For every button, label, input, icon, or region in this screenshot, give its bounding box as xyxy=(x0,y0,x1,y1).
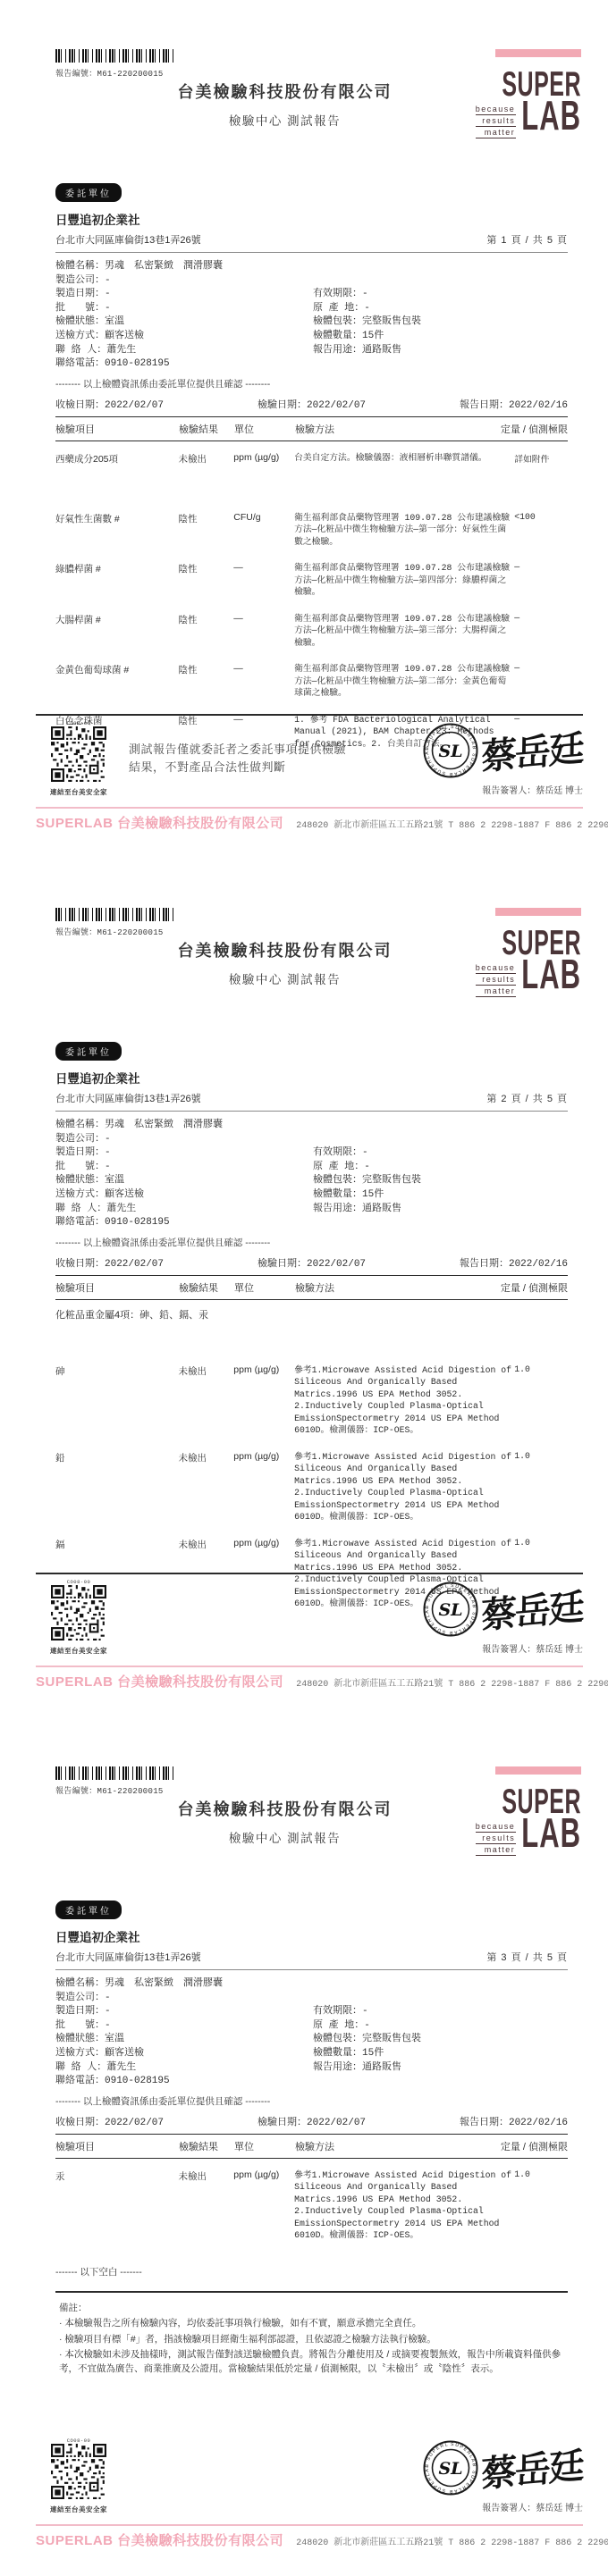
info-manufacturer: 製造公司：- xyxy=(55,1992,568,2006)
report-page-2: 報告編號：M61-220200015 台美檢驗科技股份有限公司 檢驗中心 測試報… xyxy=(0,859,608,1717)
info-quantity: 檢體數量：15件 xyxy=(313,2047,421,2061)
barcode xyxy=(55,49,173,63)
title-block: 台美檢驗科技股份有限公司 檢驗中心 測試報告 xyxy=(55,80,514,129)
logo-lab-text: LAB xyxy=(521,1809,581,1858)
cell-unit: ppm (µg/g) xyxy=(233,2169,294,2180)
lab-seal xyxy=(422,1581,479,1638)
qr-block: CO08-00 連結至台美安全家 xyxy=(36,1579,122,1656)
date-reported: 報告日期：2022/02/16 xyxy=(460,397,568,411)
page-header: 報告編號：M61-220200015 台美檢驗科技股份有限公司 檢驗中心 測試報… xyxy=(55,49,568,183)
info-delivery: 送檢方式：顧客送檢 xyxy=(55,330,568,344)
table-header: 檢驗項目 檢驗結果 單位 檢驗方法 定量 / 偵測極限 xyxy=(55,2134,568,2159)
tagline-results: results xyxy=(476,974,517,986)
cell-limit: 1.0 xyxy=(512,1538,568,1548)
footer-company: SUPERLAB 台美檢驗科技股份有限公司 xyxy=(36,813,283,832)
info-contact: 聯 絡 人：蕭先生 xyxy=(55,344,568,358)
date-tested: 檢驗日期：2022/02/07 xyxy=(258,2114,366,2128)
cell-result: 未檢出 xyxy=(179,1451,234,1464)
qr-code-label: CO08-00 xyxy=(36,720,122,726)
lab-seal xyxy=(422,722,479,779)
qr-code xyxy=(51,2444,106,2499)
client-badge: 委託單位 xyxy=(55,1042,122,1061)
info-purpose: 報告用途：通路販售 xyxy=(313,344,421,358)
cell-result: 未檢出 xyxy=(179,452,234,466)
blank-below-note: ------- 以下空白 ------- xyxy=(55,2265,568,2278)
sample-info: 檢體名稱：男魂 私密緊緻 潤滑膠囊 製造公司：- 製造日期：- 批 號：- 檢體… xyxy=(55,1119,568,1230)
table-row: 金黃色葡萄球菌 # 陰性 — 衛生福利部食品藥物管理署 109.07.28 公布… xyxy=(55,663,568,700)
superlab-logo: SUPER because results matter LAB xyxy=(481,49,581,140)
info-sample-name: 檢體名稱：男魂 私密緊緻 潤滑膠囊 xyxy=(55,1119,568,1133)
cell-item: 汞 xyxy=(55,2169,179,2183)
client-address: 台北市大同區庫倫街13巷1弄26號 xyxy=(55,1091,201,1105)
cell-method: 衛生福利部食品藥物管理署 109.07.28 公布建議檢驗方法—化粧品中微生物檢… xyxy=(294,613,512,650)
info-batch: 批 號：- xyxy=(55,2019,568,2034)
table-header: 檢驗項目 檢驗結果 單位 檢驗方法 定量 / 偵測極限 xyxy=(55,1275,568,1300)
remark-item: · 檢驗項目有標「#」者，指該檢驗項目經衛生福利部認證，且依認證之檢驗方法執行檢… xyxy=(55,2333,568,2347)
signer-line: 報告簽署人：蔡岳廷 博士 xyxy=(422,1641,583,1655)
barcode xyxy=(55,1766,173,1780)
cell-item: 金黃色葡萄球菌 # xyxy=(55,663,179,676)
qr-code xyxy=(51,726,106,782)
table-row: 好氣性生菌數 # 陰性 CFU/g 衛生福利部食品藥物管理署 109.07.28… xyxy=(55,512,568,549)
qr-block: CO08-00 連結至台美安全家 xyxy=(36,2438,122,2514)
signature-area: 蔡岳廷 報告簽署人：蔡岳廷 博士 xyxy=(422,2439,583,2513)
cell-unit: ppm (µg/g) xyxy=(233,1364,294,1375)
report-page-1: 報告編號：M61-220200015 台美檢驗科技股份有限公司 檢驗中心 測試報… xyxy=(0,0,608,859)
logo-tagline: because results matter xyxy=(476,962,517,997)
page-number: 第 1 頁 / 共 5 頁 xyxy=(486,232,568,247)
cell-item: 鉛 xyxy=(55,1451,179,1464)
report-subtitle: 檢驗中心 測試報告 xyxy=(55,969,514,987)
confirm-note: -------- 以上檢體資訊係由委託單位提供且確認 -------- xyxy=(55,377,568,390)
col-limit: 定量 / 偵測極限 xyxy=(501,422,568,436)
footer-address: 248020 新北市新莊區五工五路21號 T 886 2 2298-1887 F… xyxy=(296,1675,608,1690)
table-end-rule xyxy=(55,2291,568,2293)
cell-limit: 詳如附件 xyxy=(512,452,568,465)
title-block: 台美檢驗科技股份有限公司 檢驗中心 測試報告 xyxy=(55,1797,514,1846)
table-row: 西藥成分205項 未檢出 ppm (µg/g) 台美自定方法。檢驗儀器：液相層析… xyxy=(55,452,568,466)
cell-result: 陰性 xyxy=(179,562,234,575)
qr-code-label: CO08-00 xyxy=(36,2438,122,2444)
col-item: 檢驗項目 xyxy=(55,1280,179,1295)
cell-item: 砷 xyxy=(55,1364,179,1378)
qr-caption: 連結至台美安全家 xyxy=(36,2505,122,2514)
date-received: 收檢日期：2022/02/07 xyxy=(55,2114,164,2128)
date-reported: 報告日期：2022/02/16 xyxy=(460,1255,568,1270)
company-title: 台美檢驗科技股份有限公司 xyxy=(55,1797,514,1820)
info-quantity: 檢體數量：15件 xyxy=(313,330,421,344)
col-limit: 定量 / 偵測極限 xyxy=(501,1280,568,1295)
report-subtitle: 檢驗中心 測試報告 xyxy=(55,1828,514,1846)
table-row: 綠膿桿菌 # 陰性 — 衛生福利部食品藥物管理署 109.07.28 公布建議檢… xyxy=(55,562,568,599)
col-item: 檢驗項目 xyxy=(55,2139,179,2153)
cell-item: 大腸桿菌 # xyxy=(55,613,179,626)
lab-seal xyxy=(422,2439,479,2496)
footer-company: SUPERLAB 台美檢驗科技股份有限公司 xyxy=(36,2530,283,2549)
footer-disclaimer: 測試報告僅就委託者之委託事項提供檢驗結果，不對產品合法性做判斷 xyxy=(129,741,354,776)
cell-result: 陰性 xyxy=(179,663,234,676)
cell-unit: CFU/g xyxy=(233,512,294,523)
cell-limit: <100 xyxy=(512,512,568,522)
info-packaging: 檢體包裝：完整販售包裝 xyxy=(313,2033,421,2047)
cell-unit: — xyxy=(233,562,294,573)
client-name: 日豐追初企業社 xyxy=(55,1927,568,1945)
cell-result: 陰性 xyxy=(179,512,234,525)
company-title: 台美檢驗科技股份有限公司 xyxy=(55,80,514,103)
info-condition: 檢體狀態：室溫 xyxy=(55,315,568,330)
superlab-logo: SUPER because results matter LAB xyxy=(481,908,581,999)
logo-pink-bar xyxy=(495,908,581,916)
cell-result: 未檢出 xyxy=(179,1538,234,1551)
tagline-matter: matter xyxy=(476,986,517,997)
page-footer: CO08-00 連結至台美安全家 測試報告僅就委託者之委託事項提供檢驗結果，不對… xyxy=(36,714,583,832)
info-expiry: 有效期限：- xyxy=(313,2005,421,2019)
info-quantity: 檢體數量：15件 xyxy=(313,1188,421,1203)
cell-method: 台美自定方法。檢驗儀器：液相層析串聯質譜儀。 xyxy=(294,452,512,465)
date-received: 收檢日期：2022/02/07 xyxy=(55,1255,164,1270)
company-title: 台美檢驗科技股份有限公司 xyxy=(55,938,514,961)
date-tested: 檢驗日期：2022/02/07 xyxy=(258,1255,366,1270)
logo-lab-text: LAB xyxy=(521,92,581,140)
client-badge: 委託單位 xyxy=(55,1901,122,1919)
cell-limit: — xyxy=(512,562,568,572)
col-item: 檢驗項目 xyxy=(55,422,179,436)
cell-limit: — xyxy=(512,663,568,673)
footer-company: SUPERLAB 台美檢驗科技股份有限公司 xyxy=(36,1672,283,1691)
signer-line: 報告簽署人：蔡岳廷 博士 xyxy=(422,783,583,796)
logo-lab-text: LAB xyxy=(521,951,581,999)
info-delivery: 送檢方式：顧客送檢 xyxy=(55,1188,568,1203)
table-header: 檢驗項目 檢驗結果 單位 檢驗方法 定量 / 偵測極限 xyxy=(55,416,568,441)
tagline-matter: matter xyxy=(476,1844,517,1856)
dates-row: 收檢日期：2022/02/07 檢驗日期：2022/02/07 報告日期：202… xyxy=(55,2114,568,2128)
info-manufacturer: 製造公司：- xyxy=(55,1133,568,1147)
cell-unit: — xyxy=(233,613,294,624)
superlab-logo: SUPER because results matter LAB xyxy=(481,1766,581,1858)
cell-result: 未檢出 xyxy=(179,1364,234,1378)
cell-limit: 1.0 xyxy=(512,1451,568,1461)
confirm-note: -------- 以上檢體資訊係由委託單位提供且確認 -------- xyxy=(55,1236,568,1249)
table-row: 砷 未檢出 ppm (µg/g) 參考1.Microwave Assisted … xyxy=(55,1364,568,1437)
cell-unit: ppm (µg/g) xyxy=(233,1538,294,1548)
col-unit: 單位 xyxy=(234,2139,295,2153)
signature: 蔡岳廷 xyxy=(481,720,584,780)
client-name: 日豐追初企業社 xyxy=(55,1069,568,1087)
sample-info: 檢體名稱：男魂 私密緊緻 潤滑膠囊 製造公司：- 製造日期：- 批 號：- 檢體… xyxy=(55,260,568,372)
col-result: 檢驗結果 xyxy=(179,422,234,436)
logo-tagline: because results matter xyxy=(476,104,517,138)
client-address: 台北市大同區庫倫街13巷1弄26號 xyxy=(55,232,201,247)
cell-unit: ppm (µg/g) xyxy=(233,452,294,463)
table-row: 大腸桿菌 # 陰性 — 衛生福利部食品藥物管理署 109.07.28 公布建議檢… xyxy=(55,613,568,650)
qr-block: CO08-00 連結至台美安全家 xyxy=(36,720,122,797)
info-purpose: 報告用途：通路販售 xyxy=(313,2061,421,2076)
logo-pink-bar xyxy=(495,1766,581,1775)
table-row: 汞 未檢出 ppm (µg/g) 參考1.Microwave Assisted … xyxy=(55,2169,568,2242)
cell-item: 西藥成分205項 xyxy=(55,452,179,466)
cell-result: 未檢出 xyxy=(179,2169,234,2183)
client-badge: 委託單位 xyxy=(55,183,122,202)
info-contact: 聯 絡 人：蕭先生 xyxy=(55,2061,568,2076)
dates-row: 收檢日期：2022/02/07 檢驗日期：2022/02/07 報告日期：202… xyxy=(55,1255,568,1270)
signer-line: 報告簽署人：蔡岳廷 博士 xyxy=(422,2500,583,2513)
date-reported: 報告日期：2022/02/16 xyxy=(460,2114,568,2128)
col-result: 檢驗結果 xyxy=(179,2139,234,2153)
client-address: 台北市大同區庫倫街13巷1弄26號 xyxy=(55,1950,201,1964)
remarks-title: 備註： xyxy=(55,2302,568,2316)
cell-method: 參考1.Microwave Assisted Acid Digestion of… xyxy=(294,1451,512,1523)
page-number: 第 3 頁 / 共 5 頁 xyxy=(486,1950,568,1964)
info-condition: 檢體狀態：室溫 xyxy=(55,2033,568,2047)
signature: 蔡岳廷 xyxy=(481,2438,584,2497)
sample-info: 檢體名稱：男魂 私密緊緻 潤滑膠囊 製造公司：- 製造日期：- 批 號：- 檢體… xyxy=(55,1977,568,2089)
col-limit: 定量 / 偵測極限 xyxy=(501,2139,568,2153)
info-phone: 聯絡電話：0910-028195 xyxy=(55,2075,568,2089)
col-unit: 單位 xyxy=(234,422,295,436)
tagline-matter: matter xyxy=(476,127,517,138)
info-delivery: 送檢方式：顧客送檢 xyxy=(55,2047,568,2061)
cell-method: 衛生福利部食品藥物管理署 109.07.28 公布建議檢驗方法—化粧品中微生物檢… xyxy=(294,663,512,700)
logo-pink-bar xyxy=(495,49,581,57)
info-batch: 批 號：- xyxy=(55,302,568,316)
cell-result: 陰性 xyxy=(179,613,234,626)
page-header: 報告編號：M61-220200015 台美檢驗科技股份有限公司 檢驗中心 測試報… xyxy=(55,1766,568,1901)
info-packaging: 檢體包裝：完整販售包裝 xyxy=(313,1174,421,1188)
qr-code-label: CO08-00 xyxy=(36,1579,122,1585)
remark-item: · 本檢驗報告之所有檢驗內容，均依委託事項執行檢驗，如有不實，願意承擔完全責任。 xyxy=(55,2317,568,2331)
info-origin: 原 產 地：- xyxy=(313,1161,421,1175)
cell-method: 衛生福利部食品藥物管理署 109.07.28 公布建議檢驗方法—化粧品中微生物檢… xyxy=(294,562,512,599)
info-mfg-date: 製造日期：- xyxy=(55,1146,568,1161)
remark-item: · 本次檢驗如未涉及抽樣時，測試報告僅對該送驗檢體負責。將報告分離使用及 / 或… xyxy=(55,2348,568,2376)
cell-method: 參考1.Microwave Assisted Acid Digestion of… xyxy=(294,2169,512,2242)
footer-address: 248020 新北市新莊區五工五路21號 T 886 2 2298-1887 F… xyxy=(296,817,608,831)
cell-limit: 1.0 xyxy=(512,2169,568,2179)
report-page-3: 報告編號：M61-220200015 台美檢驗科技股份有限公司 檢驗中心 測試報… xyxy=(0,1717,608,2576)
info-batch: 批 號：- xyxy=(55,1161,568,1175)
info-phone: 聯絡電話：0910-028195 xyxy=(55,357,568,372)
col-method: 檢驗方法 xyxy=(295,2139,501,2153)
info-origin: 原 產 地：- xyxy=(313,2019,421,2034)
info-sample-name: 檢體名稱：男魂 私密緊緻 潤滑膠囊 xyxy=(55,1977,568,1992)
col-unit: 單位 xyxy=(234,1280,295,1295)
info-packaging: 檢體包裝：完整販售包裝 xyxy=(313,315,421,330)
cell-unit: ppm (µg/g) xyxy=(233,1451,294,1462)
info-origin: 原 產 地：- xyxy=(313,302,421,316)
signature-area: 蔡岳廷 報告簽署人：蔡岳廷 博士 xyxy=(422,1581,583,1655)
tagline-results: results xyxy=(476,115,517,127)
date-tested: 檢驗日期：2022/02/07 xyxy=(258,397,366,411)
page-header: 報告編號：M61-220200015 台美檢驗科技股份有限公司 檢驗中心 測試報… xyxy=(55,908,568,1042)
barcode xyxy=(55,908,173,921)
page-footer: CO08-00 連結至台美安全家 蔡岳廷 報告簽署人：蔡岳廷 博士 SUPERL… xyxy=(36,1573,583,1691)
page-footer: CO08-00 連結至台美安全家 蔡岳廷 報告簽署人：蔡岳廷 博士 SUPERL… xyxy=(36,2433,583,2549)
dates-row: 收檢日期：2022/02/07 檢驗日期：2022/02/07 報告日期：202… xyxy=(55,397,568,411)
cell-item: 綠膿桿菌 # xyxy=(55,562,179,575)
cell-method: 衛生福利部食品藥物管理署 109.07.28 公布建議檢驗方法—化粧品中微生物檢… xyxy=(294,512,512,549)
test-group-label: 化粧品重金屬4項：砷、鉛、鎘、汞 xyxy=(55,1307,568,1322)
col-result: 檢驗結果 xyxy=(179,1280,234,1295)
signature: 蔡岳廷 xyxy=(481,1579,584,1639)
info-mfg-date: 製造日期：- xyxy=(55,2005,568,2019)
qr-caption: 連結至台美安全家 xyxy=(36,787,122,797)
confirm-note: -------- 以上檢體資訊係由委託單位提供且確認 -------- xyxy=(55,2094,568,2108)
page-number: 第 2 頁 / 共 5 頁 xyxy=(486,1091,568,1105)
cell-item: 鎘 xyxy=(55,1538,179,1551)
table-row: 鉛 未檢出 ppm (µg/g) 參考1.Microwave Assisted … xyxy=(55,1451,568,1523)
title-block: 台美檢驗科技股份有限公司 檢驗中心 測試報告 xyxy=(55,938,514,987)
remarks: 備註： · 本檢驗報告之所有檢驗內容，均依委託事項執行檢驗，如有不實，願意承擔完… xyxy=(55,2302,568,2377)
signature-area: 蔡岳廷 報告簽署人：蔡岳廷 博士 xyxy=(422,722,583,796)
cell-unit: — xyxy=(233,663,294,674)
info-sample-name: 檢體名稱：男魂 私密緊緻 潤滑膠囊 xyxy=(55,260,568,274)
info-condition: 檢體狀態：室溫 xyxy=(55,1174,568,1188)
qr-caption: 連結至台美安全家 xyxy=(36,1646,122,1656)
info-phone: 聯絡電話：0910-028195 xyxy=(55,1216,568,1230)
info-contact: 聯 絡 人：蕭先生 xyxy=(55,1203,568,1217)
date-received: 收檢日期：2022/02/07 xyxy=(55,397,164,411)
info-expiry: 有效期限：- xyxy=(313,288,421,302)
report-subtitle: 檢驗中心 測試報告 xyxy=(55,111,514,129)
cell-limit: 1.0 xyxy=(512,1364,568,1374)
cell-item: 好氣性生菌數 # xyxy=(55,512,179,525)
qr-code xyxy=(51,1585,106,1640)
info-mfg-date: 製造日期：- xyxy=(55,288,568,302)
col-method: 檢驗方法 xyxy=(295,1280,501,1295)
info-expiry: 有效期限：- xyxy=(313,1146,421,1161)
cell-limit: — xyxy=(512,613,568,623)
info-purpose: 報告用途：通路販售 xyxy=(313,1203,421,1217)
cell-method: 參考1.Microwave Assisted Acid Digestion of… xyxy=(294,1364,512,1437)
info-manufacturer: 製造公司：- xyxy=(55,274,568,289)
footer-address: 248020 新北市新莊區五工五路21號 T 886 2 2298-1887 F… xyxy=(296,2534,608,2548)
client-name: 日豐追初企業社 xyxy=(55,210,568,228)
tagline-results: results xyxy=(476,1833,517,1844)
col-method: 檢驗方法 xyxy=(295,422,501,436)
logo-tagline: because results matter xyxy=(476,1821,517,1856)
